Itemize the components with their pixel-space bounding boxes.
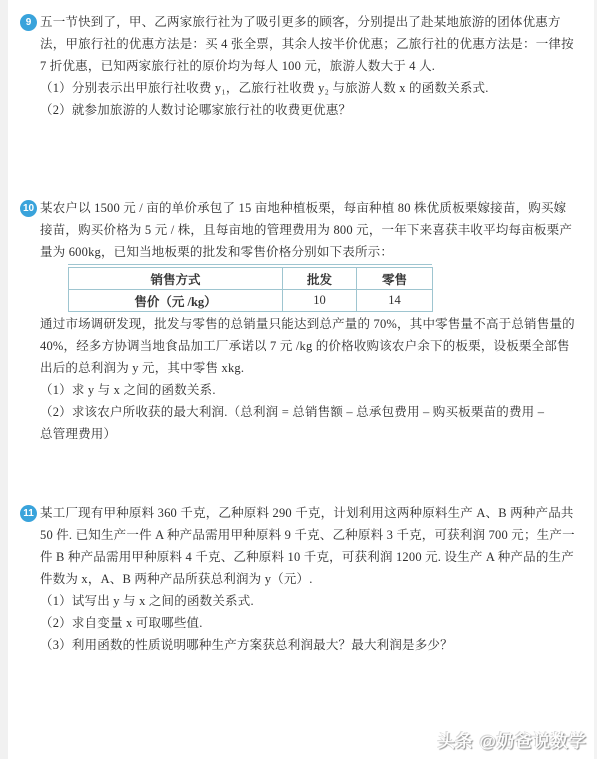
price-table-header-wholesale: 批发 bbox=[283, 268, 357, 290]
price-table-value-row: 售价（元 /kg） 10 14 bbox=[69, 290, 433, 312]
problem-11-subquestion-1: （1）试写出 y 与 x 之间的函数关系式. bbox=[40, 590, 585, 612]
price-table-wholesale-price: 10 bbox=[283, 290, 357, 312]
problem-11-line-2: 50 件. 已知生产一件 A 种产品需用甲种原料 9 千克、乙种原料 3 千克，… bbox=[40, 524, 585, 546]
problem-10-subquestion-1: （1）求 y 与 x 之间的函数关系. bbox=[40, 379, 585, 401]
problem-10-subquestion-2: （2）求该农户所收获的最大利润.（总利润 = 总销售额 – 总承包费用 – 购买… bbox=[40, 401, 585, 423]
problem-10-line-4: 通过市场调研发现，批发与零售的总销量只能达到总产量的 70%，其中零售量不高于总… bbox=[40, 313, 585, 335]
problem-9-subquestion-2: （2）就参加旅游的人数讨论哪家旅行社的收费更优惠？ bbox=[40, 99, 585, 121]
problem-11-line-3: 件 B 种产品需用甲种原料 4 千克、乙种原料 10 千克，可获利润 1200 … bbox=[40, 546, 585, 568]
worksheet-page: { "colors": { "badge_blue": "#39a3db", "… bbox=[0, 0, 597, 759]
problem-11: 11 某工厂现有甲种原料 360 千克，乙种原料 290 千克，计划利用这两种原… bbox=[20, 502, 585, 656]
price-table: 销售方式 批发 零售 售价（元 /kg） 10 14 bbox=[68, 267, 433, 312]
problem-9: 9 五一节快到了，甲、乙两家旅行社为了吸引更多的顾客，分别提出了赴某地旅游的团体… bbox=[20, 11, 585, 121]
problem-9-line-1: 五一节快到了，甲、乙两家旅行社为了吸引更多的顾客，分别提出了赴某地旅游的团体优惠… bbox=[40, 11, 585, 33]
price-table-label-unit-price: 售价（元 /kg） bbox=[69, 290, 283, 312]
problem-9-text: 五一节快到了，甲、乙两家旅行社为了吸引更多的顾客，分别提出了赴某地旅游的团体优惠… bbox=[40, 11, 585, 121]
problem-10-subquestion-2-continued: 总管理费用） bbox=[40, 423, 585, 445]
problem-10-line-6: 出后的总利润为 y 元，其中零售 xkg. bbox=[40, 357, 585, 379]
problem-10-line-5: 40%，经多方协调当地食品加工厂承诺以 7 元 /kg 的价格收购该农户余下的板… bbox=[40, 335, 585, 357]
problem-10-line-3: 量为 600kg，已知当地板栗的批发和零售价格分别如下表所示： bbox=[40, 241, 585, 263]
price-table-header-sales-method: 销售方式 bbox=[69, 268, 283, 290]
problem-9-number-badge: 9 bbox=[20, 14, 37, 31]
problem-9-line-3: 7 折优惠，已知两家旅行社的原价均为每人 100 元，旅游人数大于 4 人. bbox=[40, 55, 585, 77]
problem-10-number-badge: 10 bbox=[20, 200, 37, 217]
problem-9-line-2: 法，甲旅行社的优惠方法是：买 4 张全票，其余人按半价优惠；乙旅行社的优惠方法是… bbox=[40, 33, 585, 55]
problem-11-subquestion-3: （3）利用函数的性质说明哪种生产方案获总利润最大？最大利润是多少？ bbox=[40, 634, 585, 656]
problem-11-text: 某工厂现有甲种原料 360 千克，乙种原料 290 千克，计划利用这两种原料生产… bbox=[40, 502, 585, 656]
problem-11-subquestion-2: （2）求自变量 x 可取哪些值. bbox=[40, 612, 585, 634]
page-left-margin bbox=[0, 0, 8, 759]
price-table-wrapper: 销售方式 批发 零售 售价（元 /kg） 10 14 bbox=[68, 264, 432, 312]
problem-10-line-1: 某农户以 1500 元 / 亩的单价承包了 15 亩地种植板栗，每亩种植 80 … bbox=[40, 197, 585, 219]
problem-11-number-badge: 11 bbox=[20, 505, 37, 522]
problem-9-subquestion-1: （1）分别表示出甲旅行社收费 y₁，乙旅行社收费 y₂ 与旅游人数 x 的函数关… bbox=[40, 77, 585, 99]
problem-10-line-2: 接苗，购买价格为 5 元 / 株，且每亩地的管理费用为 800 元，一年下来喜获… bbox=[40, 219, 585, 241]
problem-10: 10 某农户以 1500 元 / 亩的单价承包了 15 亩地种植板栗，每亩种植 … bbox=[20, 197, 585, 445]
toutiao-watermark: 头条 @奶爸说数学 bbox=[438, 727, 587, 752]
problem-11-line-1: 某工厂现有甲种原料 360 千克，乙种原料 290 千克，计划利用这两种原料生产… bbox=[40, 502, 585, 524]
price-table-retail-price: 14 bbox=[357, 290, 433, 312]
price-table-header-retail: 零售 bbox=[357, 268, 433, 290]
problem-11-line-4: 件数为 x，A、B 两种产品所获总利润为 y（元）. bbox=[40, 568, 585, 590]
price-table-header-row: 销售方式 批发 零售 bbox=[69, 268, 433, 290]
problem-10-text: 某农户以 1500 元 / 亩的单价承包了 15 亩地种植板栗，每亩种植 80 … bbox=[40, 197, 585, 445]
